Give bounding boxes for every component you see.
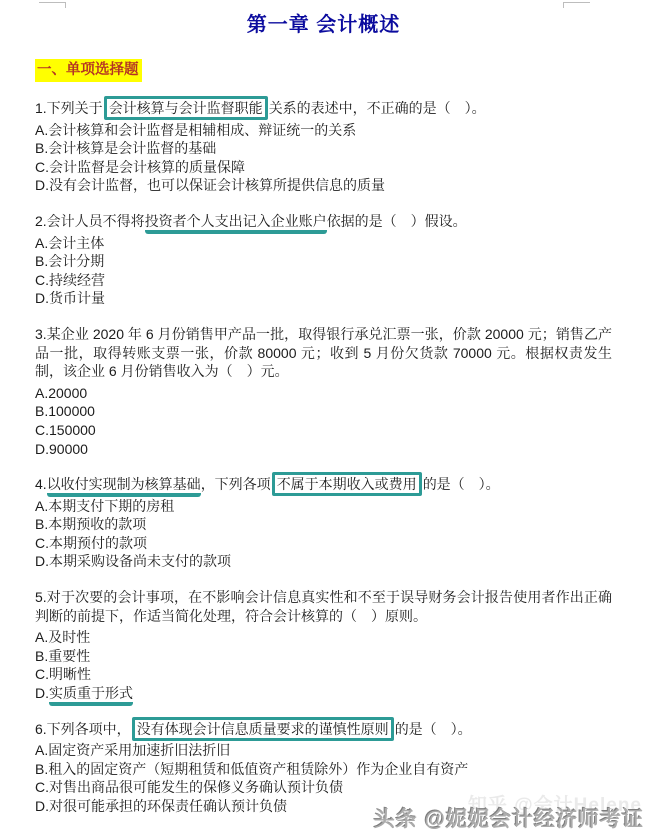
question-5-options: A.及时性 B.重要性 C.明晰性 D.实质重于形式 (35, 628, 612, 702)
question-5: 5.对于次要的会计事项，在不影响会计信息真实性和不至于误导财务会计报告使用者作出… (35, 588, 612, 703)
watermark: 头条 @妮妮会计经济师考证 (374, 803, 644, 833)
question-5-stem: 5.对于次要的会计事项，在不影响会计信息真实性和不至于误导财务会计报告使用者作出… (35, 588, 612, 625)
option-c: C.会计监督是会计核算的质量保障 (35, 158, 612, 177)
option-d: D.90000 (35, 440, 612, 459)
option-d: D.货币计量 (35, 289, 612, 308)
question-3: 3.某企业 2020 年 6 月份销售甲产品一批，取得银行承兑汇票一张，价款 2… (35, 325, 612, 458)
annotation-underline: 实质重于形式 (49, 685, 133, 706)
stem-text: 1.下列关于 (35, 100, 103, 116)
chapter-title: 第一章 会计概述 (35, 12, 612, 39)
option-a: A.本期支付下期的房租 (35, 497, 612, 516)
stem-text: 4. (35, 476, 47, 492)
option-b: B.租入的固定资产（短期租赁和低值资产租赁除外）作为企业自有资产 (35, 760, 612, 779)
option-d: D.本期采购设备尚未支付的款项 (35, 552, 612, 571)
annotation-box: 不属于本期收入或费用 (272, 472, 422, 496)
stem-text: 的是（ ）。 (395, 721, 472, 737)
question-4-options: A.本期支付下期的房租 B.本期预收的款项 C.本期预付的款项 D.本期采购设备… (35, 497, 612, 571)
option-a: A.会计主体 (35, 234, 612, 253)
option-c: C.本期预付的款项 (35, 534, 612, 553)
question-1-options: A.会计核算和会计监督是相辅相成、辩证统一的关系 B.会计核算是会计监督的基础 … (35, 121, 612, 195)
option-a: A.及时性 (35, 628, 612, 647)
question-2-stem: 2.会计人员不得将投资者个人支出记入企业账户依据的是（ ）假设。 (35, 212, 612, 231)
option-d: D.没有会计监督，也可以保证会计核算所提供信息的质量 (35, 176, 612, 195)
annotation-box: 会计核算与会计监督职能 (104, 96, 268, 120)
question-2: 2.会计人员不得将投资者个人支出记入企业账户依据的是（ ）假设。 A.会计主体 … (35, 212, 612, 308)
question-1-stem: 1.下列关于会计核算与会计监督职能关系的表述中，不正确的是（ ）。 (35, 99, 612, 118)
option-c: C.明晰性 (35, 665, 612, 684)
annotation-underline: 以收付实现制为核算基础 (47, 476, 201, 497)
stem-text: 关系的表述中，不正确的是（ ）。 (269, 100, 486, 116)
document-page: 第一章 会计概述 一、单项选择题 1.下列关于会计核算与会计监督职能关系的表述中… (0, 0, 646, 816)
question-2-options: A.会计主体 B.会计分期 C.持续经营 D.货币计量 (35, 234, 612, 308)
question-list: 1.下列关于会计核算与会计监督职能关系的表述中，不正确的是（ ）。 A.会计核算… (35, 99, 612, 816)
stem-text: 依据的是（ ）假设。 (327, 213, 467, 229)
stem-text: ，下列各项 (201, 476, 271, 492)
option-b: B.重要性 (35, 647, 612, 666)
option-a: A.20000 (35, 384, 612, 403)
option-a: A.固定资产采用加速折旧法折旧 (35, 741, 612, 760)
annotation-underline: 投资者个人支出记入企业账户 (145, 213, 327, 234)
page-margin-mark-left (39, 2, 66, 8)
question-3-stem: 3.某企业 2020 年 6 月份销售甲产品一批，取得银行承兑汇票一张，价款 2… (35, 325, 612, 381)
stem-text: 2.会计人员不得将 (35, 213, 145, 229)
stem-text: 的是（ ）。 (423, 476, 500, 492)
option-b: B.本期预收的款项 (35, 515, 612, 534)
question-6-stem: 6.下列各项中，没有体现会计信息质量要求的谨慎性原则的是（ ）。 (35, 720, 612, 739)
option-b: B.会计分期 (35, 252, 612, 271)
option-d: D.实质重于形式 (35, 684, 612, 703)
option-b: B.会计核算是会计监督的基础 (35, 139, 612, 158)
question-3-options: A.20000 B.100000 C.150000 D.90000 (35, 384, 612, 458)
question-4-stem: 4.以收付实现制为核算基础，下列各项不属于本期收入或费用的是（ ）。 (35, 475, 612, 494)
question-1: 1.下列关于会计核算与会计监督职能关系的表述中，不正确的是（ ）。 A.会计核算… (35, 99, 612, 195)
stem-text: 6.下列各项中， (35, 721, 131, 737)
question-4: 4.以收付实现制为核算基础，下列各项不属于本期收入或费用的是（ ）。 A.本期支… (35, 475, 612, 571)
option-a: A.会计核算和会计监督是相辅相成、辩证统一的关系 (35, 121, 612, 140)
option-d-prefix: D. (35, 685, 49, 701)
section-header: 一、单项选择题 (35, 59, 142, 82)
section-header-row: 一、单项选择题 (35, 59, 612, 82)
option-c: C.150000 (35, 421, 612, 440)
page-margin-mark-right (563, 2, 590, 8)
option-c: C.持续经营 (35, 271, 612, 290)
option-b: B.100000 (35, 402, 612, 421)
annotation-box: 没有体现会计信息质量要求的谨慎性原则 (132, 717, 394, 741)
